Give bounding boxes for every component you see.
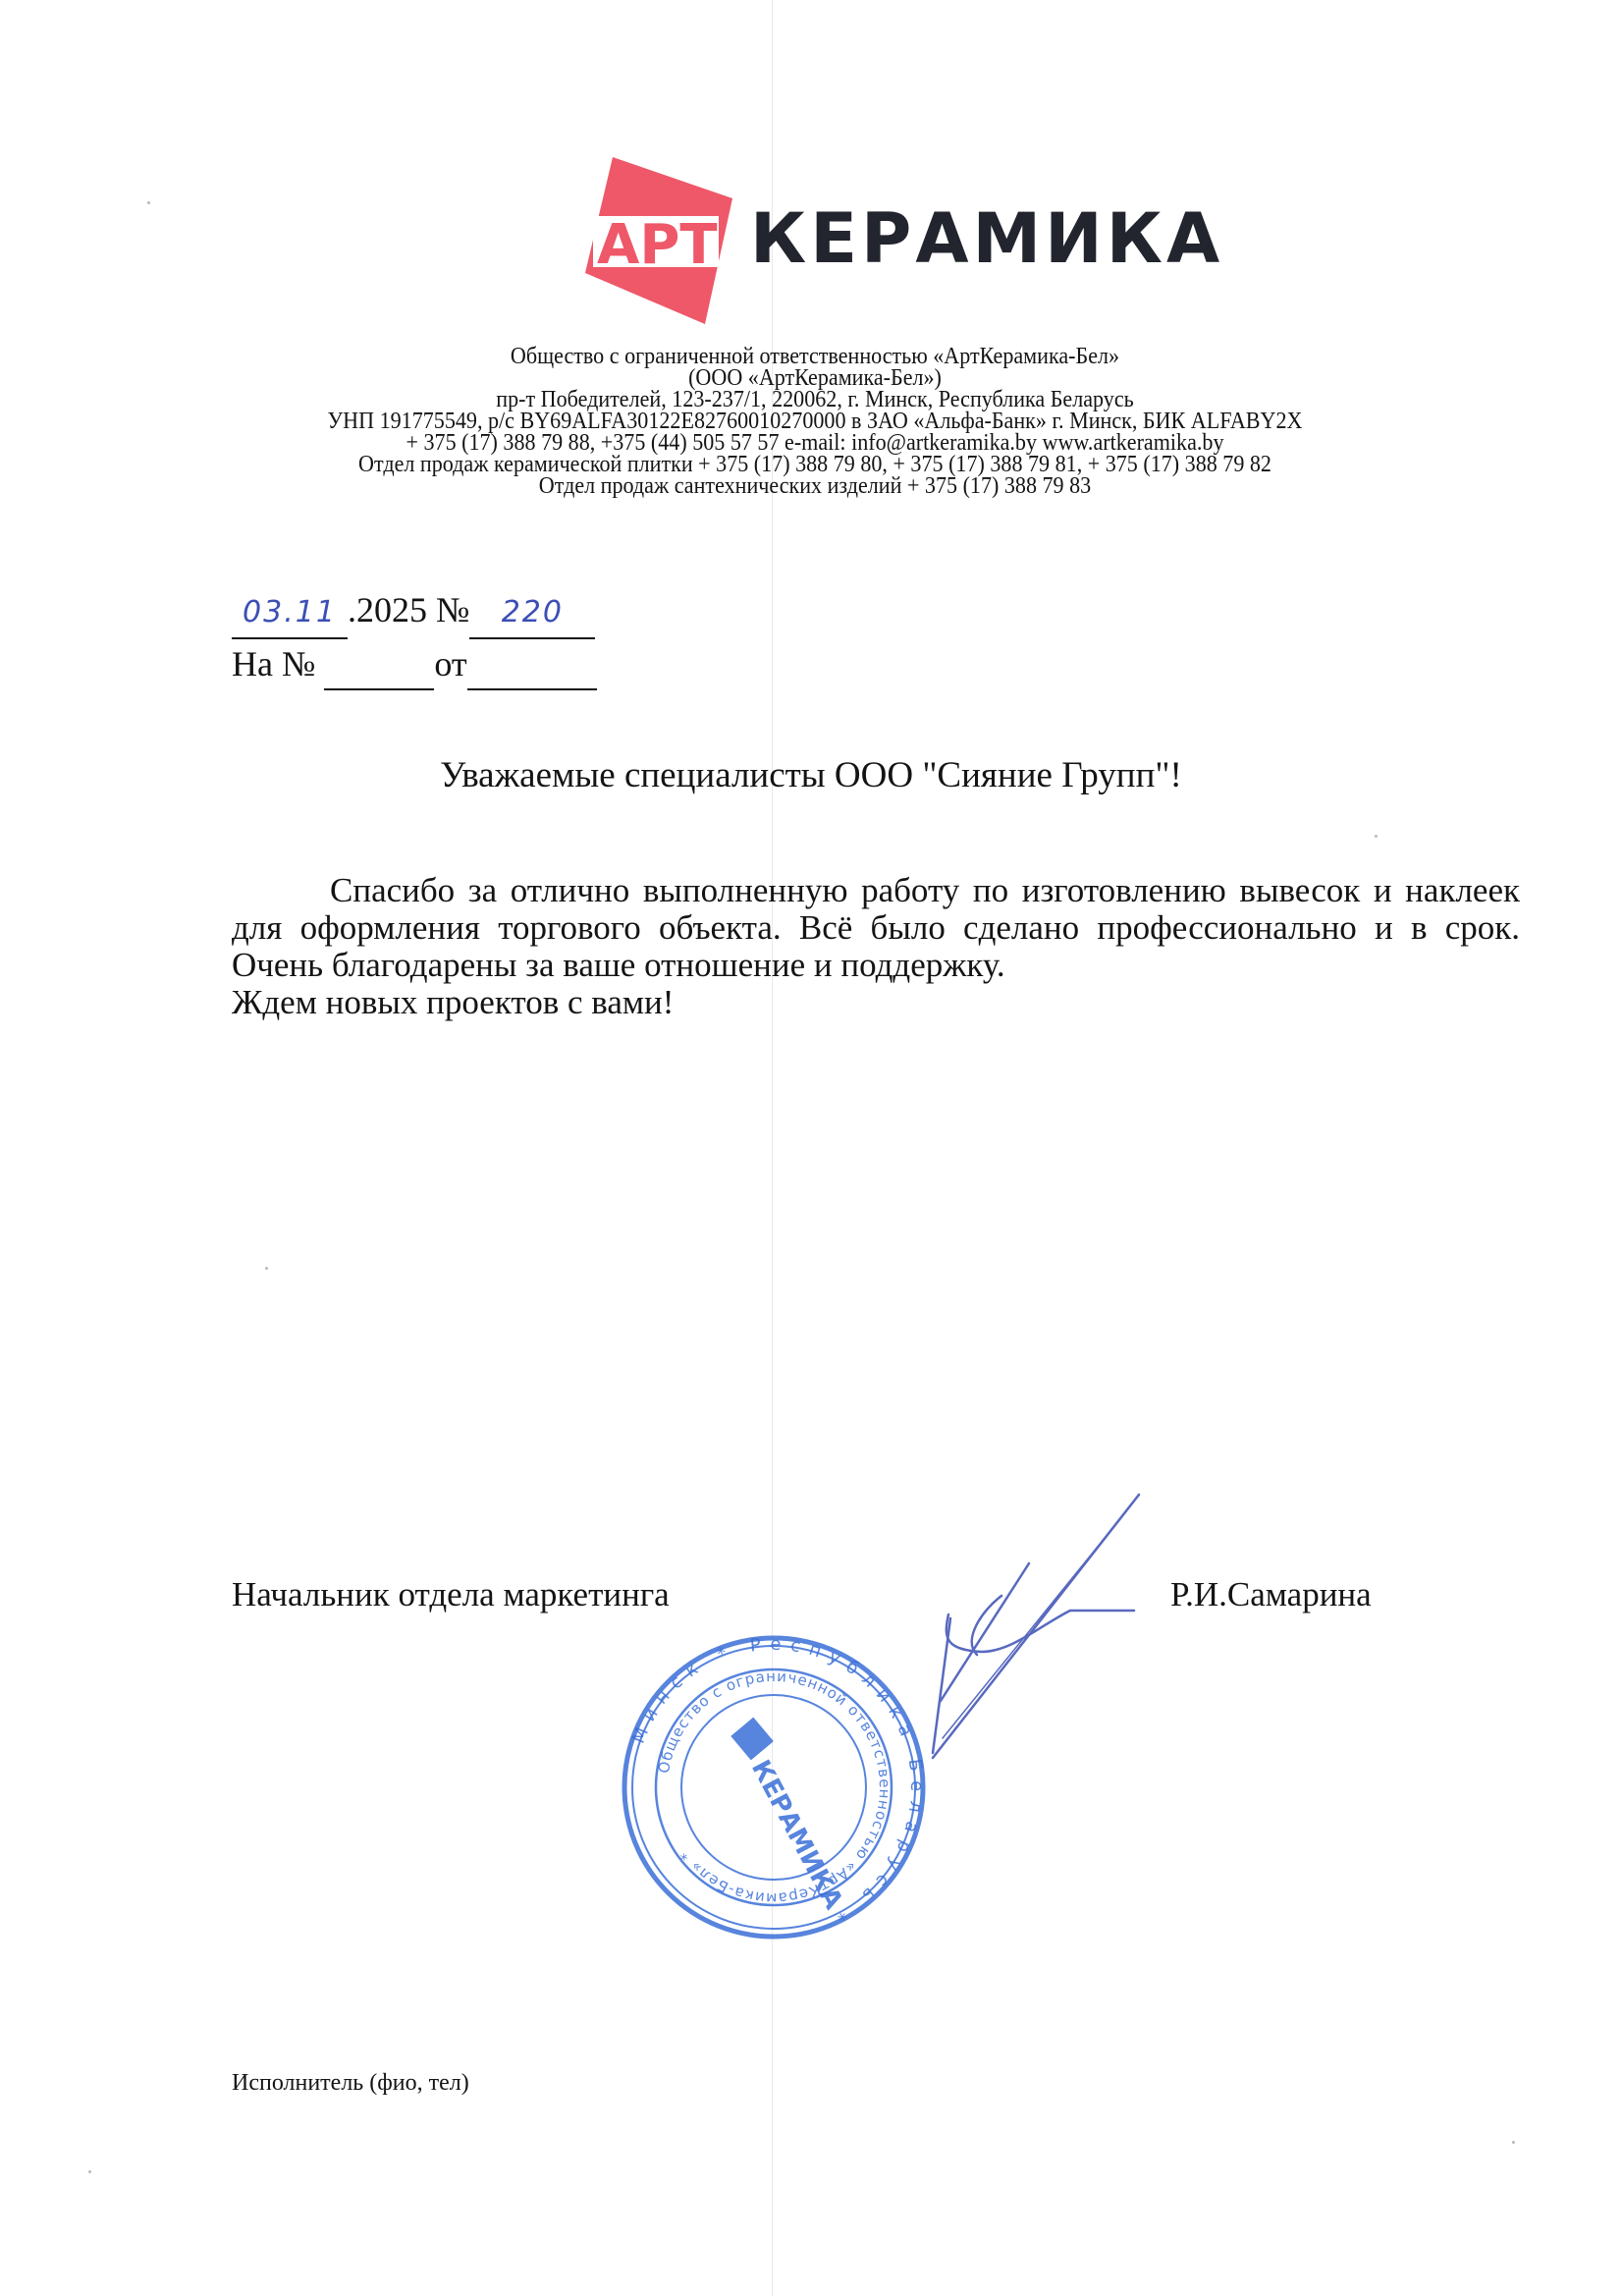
- signatory-name: Р.И.Самарина: [1170, 1575, 1372, 1614]
- year-and-number-label: .2025 №: [348, 590, 469, 629]
- scan-speck: [1512, 2141, 1515, 2144]
- body-paragraph: Спасибо за отлично выполненную работу по…: [232, 872, 1520, 984]
- requisites-line-tiles-dept: Отдел продаж керамической плитки + 375 (…: [210, 454, 1421, 475]
- reference-block: 03.11.2025 №220 На № от: [232, 585, 597, 690]
- requisites-line-contacts: + 375 (17) 388 79 88, +375 (44) 505 57 5…: [210, 432, 1421, 454]
- scan-speck: [1375, 835, 1378, 838]
- requisites-line-plumbing-dept: Отдел продаж сантехнических изделий + 37…: [210, 475, 1421, 497]
- scan-speck: [147, 201, 150, 204]
- reply-number-blank: [324, 639, 434, 690]
- logo-mark-icon: АРТ: [585, 157, 772, 324]
- requisites-line-short-name: (ООО «АртКерамика-Бел»): [210, 367, 1421, 389]
- signatory-role: Начальник отдела маркетинга: [232, 1575, 670, 1614]
- requisites-line-address: пр-т Победителей, 123-237/1, 220062, г. …: [210, 389, 1421, 410]
- letter-body: Спасибо за отлично выполненную работу по…: [232, 872, 1520, 1021]
- handwritten-number: 220: [502, 595, 564, 629]
- incoming-ref-line: На № от: [232, 639, 597, 690]
- logo-wordmark: КЕРАМИКА: [750, 204, 1223, 273]
- greeting: Уважаемые специалисты ООО "Сияние Групп"…: [232, 754, 1390, 796]
- closing-line: Ждем новых проектов с вами!: [232, 984, 1520, 1021]
- company-requisites: Общество с ограниченной ответственностью…: [157, 346, 1473, 497]
- reply-date-blank: [467, 639, 597, 690]
- handwritten-signature-icon: [903, 1493, 1159, 1787]
- scan-speck: [88, 2170, 91, 2173]
- handwritten-date: 03.11: [243, 595, 337, 629]
- reply-from-label: от: [434, 644, 466, 683]
- requisites-line-company: Общество с ограниченной ответственностью…: [210, 346, 1421, 367]
- executor-label: Исполнитель (фио, тел): [232, 2070, 469, 2097]
- svg-text:АРТ: АРТ: [597, 213, 718, 277]
- company-stamp-icon: Минск * Республика Беларусь * Общество с…: [617, 1630, 931, 1944]
- outgoing-ref-line: 03.11.2025 №220: [232, 585, 597, 639]
- reply-to-label: На №: [232, 644, 315, 683]
- requisites-line-bank: УНП 191775549, р/с BY69ALFA30122E8276001…: [210, 410, 1421, 432]
- company-logo: АРТ КЕРАМИКА: [585, 157, 1174, 334]
- scan-speck: [265, 1267, 268, 1270]
